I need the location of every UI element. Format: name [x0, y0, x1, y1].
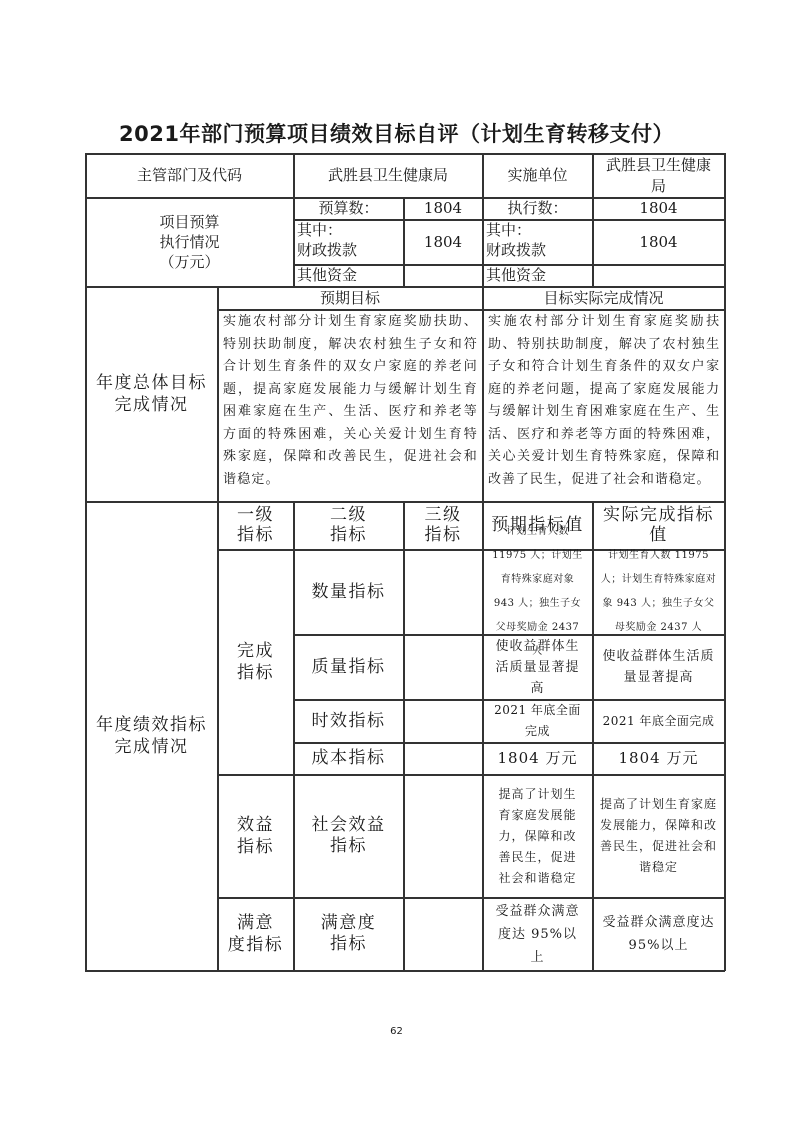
fiscal-exec-value: 1804 [593, 220, 724, 264]
indicator-satisfaction-level3 [404, 898, 482, 970]
fiscal-label-line2: 财政拨款 [486, 240, 546, 260]
header-level3-line2: 指标 [425, 526, 462, 546]
indicator-cost-label: 成本指标 [294, 743, 403, 774]
indicator-social-level3 [404, 775, 482, 897]
header-level3-line1: 三级 [425, 506, 462, 526]
other-funds-label-budget: 其他资金 [294, 265, 403, 286]
group-completion-line2: 指标 [237, 662, 274, 684]
indicator-cost-expected: 1804 万元 [483, 743, 592, 774]
group-completion: 完成 指标 [218, 550, 293, 774]
indicator-timeliness-actual: 2021 年底全面完成 [593, 700, 724, 742]
document-title: 2021年部门预算项目绩效目标自评（计划生育转移支付） [0, 118, 793, 148]
table-border-bottom [85, 970, 725, 972]
group-benefit-line1: 效益 [237, 814, 274, 836]
fiscal-label-line1: 其中： [486, 220, 531, 240]
budget-label-line1: 项目预算 [159, 212, 219, 232]
indicator-quality-label: 质量指标 [294, 635, 403, 699]
actual-goal-header: 目标实际完成情况 [483, 287, 724, 309]
header-level1-line1: 一级 [237, 506, 274, 526]
other-funds-label-exec: 其他资金 [483, 265, 592, 286]
indicator-quantity-actual: 计划生育人数 11975 人；计划生育特殊家庭对象 943 人；独生子女父母奖励… [593, 550, 724, 634]
group-satisfaction: 满意 度指标 [218, 898, 293, 970]
header-level2-line2: 指标 [330, 526, 367, 546]
group-satisfaction-line2: 度指标 [228, 934, 284, 956]
budget-amount-label: 预算数： [294, 198, 403, 219]
group-satisfaction-line1: 满意 [237, 912, 274, 934]
indicator-quantity-level3 [404, 550, 482, 634]
indicator-quality-actual: 使收益群体生活质量显著提高 [593, 635, 724, 699]
header-actual-value: 实际完成指标值 [593, 502, 724, 549]
indicator-quantity-expected: 计划生育人数 11975 人；计划生育特殊家庭对象 943 人；独生子女父母奖励… [483, 550, 592, 634]
annual-goal-section-label: 年度总体目标 完成情况 [86, 287, 217, 501]
fiscal-label-line1: 其中： [297, 220, 342, 240]
indicator-satisfaction-label: 满意度 指标 [294, 898, 403, 970]
header-level1-line2: 指标 [237, 526, 274, 546]
indicator-social-expected: 提高了计划生育家庭发展能力，保障和改善民生，促进社会和谐稳定 [483, 775, 592, 897]
header-level3: 三级 指标 [404, 502, 482, 549]
indicator-cost-level3 [404, 743, 482, 774]
indicator-timeliness-label: 时效指标 [294, 700, 403, 742]
indicator-quantity-label: 数量指标 [294, 550, 403, 634]
other-funds-exec-value [593, 265, 724, 286]
indicator-quality-expected: 使收益群体生活质量显著提高 [483, 635, 592, 699]
indicator-satisfaction-label-line2: 指标 [330, 934, 367, 955]
group-benefit: 效益 指标 [218, 775, 293, 897]
exec-amount-label: 执行数： [483, 198, 592, 219]
header-level1: 一级 指标 [218, 502, 293, 549]
indicator-social-label-line2: 指标 [330, 836, 367, 857]
indicator-quality-level3 [404, 635, 482, 699]
group-completion-line1: 完成 [237, 640, 274, 662]
other-funds-budget-value [404, 265, 482, 286]
budget-label-line3: （万元） [159, 252, 219, 272]
indicator-satisfaction-label-line1: 满意度 [321, 913, 377, 934]
fiscal-label-budget: 其中： 财政拨款 [294, 220, 403, 264]
impl-value: 武胜县卫生健康局 [593, 154, 724, 197]
header-level2-line1: 二级 [330, 506, 367, 526]
expected-goal-text: 实施农村部分计划生育家庭奖励扶助、特别扶助制度，解决农村独生子女和符合计划生育条… [219, 311, 482, 499]
indicator-timeliness-expected: 2021 年底全面完成 [483, 700, 592, 742]
indicator-timeliness-level3 [404, 700, 482, 742]
indicator-social-label-line1: 社会效益 [312, 815, 386, 836]
impl-label: 实施单位 [483, 154, 592, 197]
fiscal-label-line2: 财政拨款 [297, 240, 357, 260]
indicator-satisfaction-expected: 受益群众满意度达 95%以上 [483, 898, 592, 970]
exec-amount-value: 1804 [593, 198, 724, 219]
budget-amount-value: 1804 [404, 198, 482, 219]
annual-goal-label-line2: 完成情况 [115, 394, 189, 416]
dept-value: 武胜县卫生健康局 [294, 154, 482, 197]
indicator-social-label: 社会效益 指标 [294, 775, 403, 897]
budget-label-line2: 执行情况 [159, 232, 219, 252]
indicator-social-actual: 提高了计划生育家庭发展能力，保障和改善民生，促进社会和谐稳定 [593, 775, 724, 897]
table-border-right [724, 153, 726, 971]
dept-label: 主管部门及代码 [86, 154, 293, 197]
header-level2: 二级 指标 [294, 502, 403, 549]
indicator-satisfaction-actual: 受益群众满意度达 95%以上 [593, 898, 724, 970]
fiscal-budget-value: 1804 [404, 220, 482, 264]
indicators-label-line2: 完成情况 [115, 736, 189, 758]
actual-goal-text: 实施农村部分计划生育家庭奖励扶助、特别扶助制度，解决了农村独生子女和符合计划生育… [484, 311, 724, 499]
expected-goal-header: 预期目标 [218, 287, 482, 309]
indicators-label-line1: 年度绩效指标 [96, 714, 207, 736]
annual-goal-label-line1: 年度总体目标 [96, 372, 207, 394]
indicators-section-label: 年度绩效指标 完成情况 [86, 502, 217, 970]
indicator-cost-actual: 1804 万元 [593, 743, 724, 774]
budget-section-label: 项目预算 执行情况 （万元） [86, 198, 293, 286]
group-benefit-line2: 指标 [237, 836, 274, 858]
fiscal-label-exec: 其中： 财政拨款 [483, 220, 592, 264]
page-number: 62 [0, 1026, 793, 1037]
